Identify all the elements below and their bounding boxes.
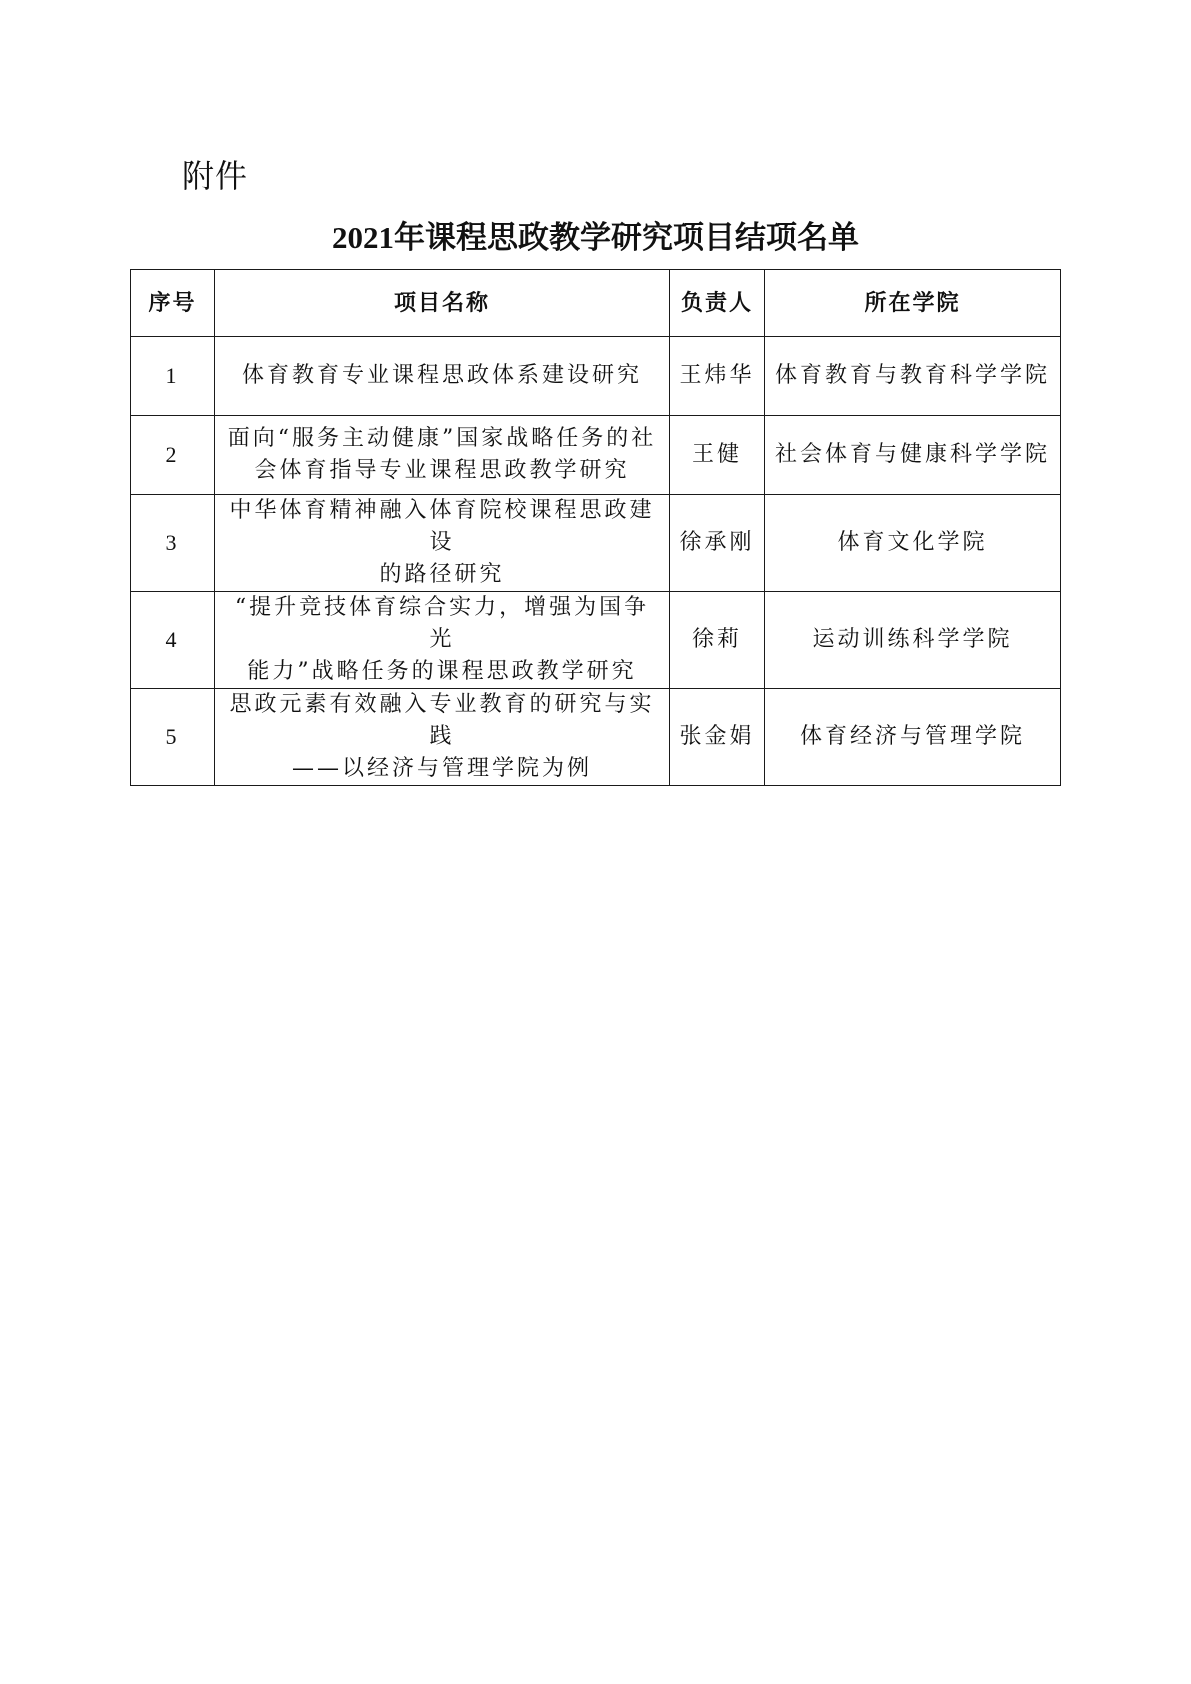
project-name-line: “提升竞技体育综合实力，增强为国争光 [223,592,661,656]
table-row: 3 中华体育精神融入体育院校课程思政建设 的路径研究 徐承刚 体育文化学院 [131,495,1061,592]
serial-number-cell: 4 [131,592,215,689]
table-row: 2 面向“服务主动健康”国家战略任务的社 会体育指导专业课程思政教学研究 王健 … [131,416,1061,495]
college-cell: 体育教育与教育科学学院 [765,337,1061,416]
header-project-lead: 负责人 [670,270,765,337]
project-name-cell: 体育教育专业课程思政体系建设研究 [215,337,670,416]
table-header-row: 序号 项目名称 负责人 所在学院 [131,270,1061,337]
project-name-cell: 面向“服务主动健康”国家战略任务的社 会体育指导专业课程思政教学研究 [215,416,670,495]
project-lead-cell: 徐莉 [670,592,765,689]
serial-number-cell: 2 [131,416,215,495]
college-cell: 体育文化学院 [765,495,1061,592]
header-college: 所在学院 [765,270,1061,337]
table-row: 4 “提升竞技体育综合实力，增强为国争光 能力”战略任务的课程思政教学研究 徐莉… [131,592,1061,689]
project-name-line: 中华体育精神融入体育院校课程思政建设 [223,495,661,559]
project-lead-cell: 张金娟 [670,689,765,786]
project-name-line: ——以经济与管理学院为例 [223,753,661,785]
document-title: 2021年课程思政教学研究项目结项名单 [0,218,1191,258]
project-name-line: 思政元素有效融入专业教育的研究与实践 [223,689,661,753]
project-name-line: 面向“服务主动健康”国家战略任务的社 [223,423,661,455]
college-cell: 体育经济与管理学院 [765,689,1061,786]
header-project-name: 项目名称 [215,270,670,337]
project-lead-cell: 王炜华 [670,337,765,416]
project-name-cell: 中华体育精神融入体育院校课程思政建设 的路径研究 [215,495,670,592]
college-cell: 社会体育与健康科学学院 [765,416,1061,495]
table-row: 5 思政元素有效融入专业教育的研究与实践 ——以经济与管理学院为例 张金娟 体育… [131,689,1061,786]
header-serial-number: 序号 [131,270,215,337]
project-lead-cell: 徐承刚 [670,495,765,592]
college-cell: 运动训练科学学院 [765,592,1061,689]
table-row: 1 体育教育专业课程思政体系建设研究 王炜华 体育教育与教育科学学院 [131,337,1061,416]
project-completion-table: 序号 项目名称 负责人 所在学院 1 体育教育专业课程思政体系建设研究 王炜华 … [130,269,1061,786]
project-name-line: 体育教育专业课程思政体系建设研究 [223,360,661,392]
project-lead-cell: 王健 [670,416,765,495]
project-name-line: 会体育指导专业课程思政教学研究 [223,455,661,487]
serial-number-cell: 3 [131,495,215,592]
project-name-cell: “提升竞技体育综合实力，增强为国争光 能力”战略任务的课程思政教学研究 [215,592,670,689]
project-name-line: 能力”战略任务的课程思政教学研究 [223,656,661,688]
serial-number-cell: 5 [131,689,215,786]
project-name-cell: 思政元素有效融入专业教育的研究与实践 ——以经济与管理学院为例 [215,689,670,786]
attachment-label: 附件 [182,156,248,196]
serial-number-cell: 1 [131,337,215,416]
project-name-line: 的路径研究 [223,559,661,591]
